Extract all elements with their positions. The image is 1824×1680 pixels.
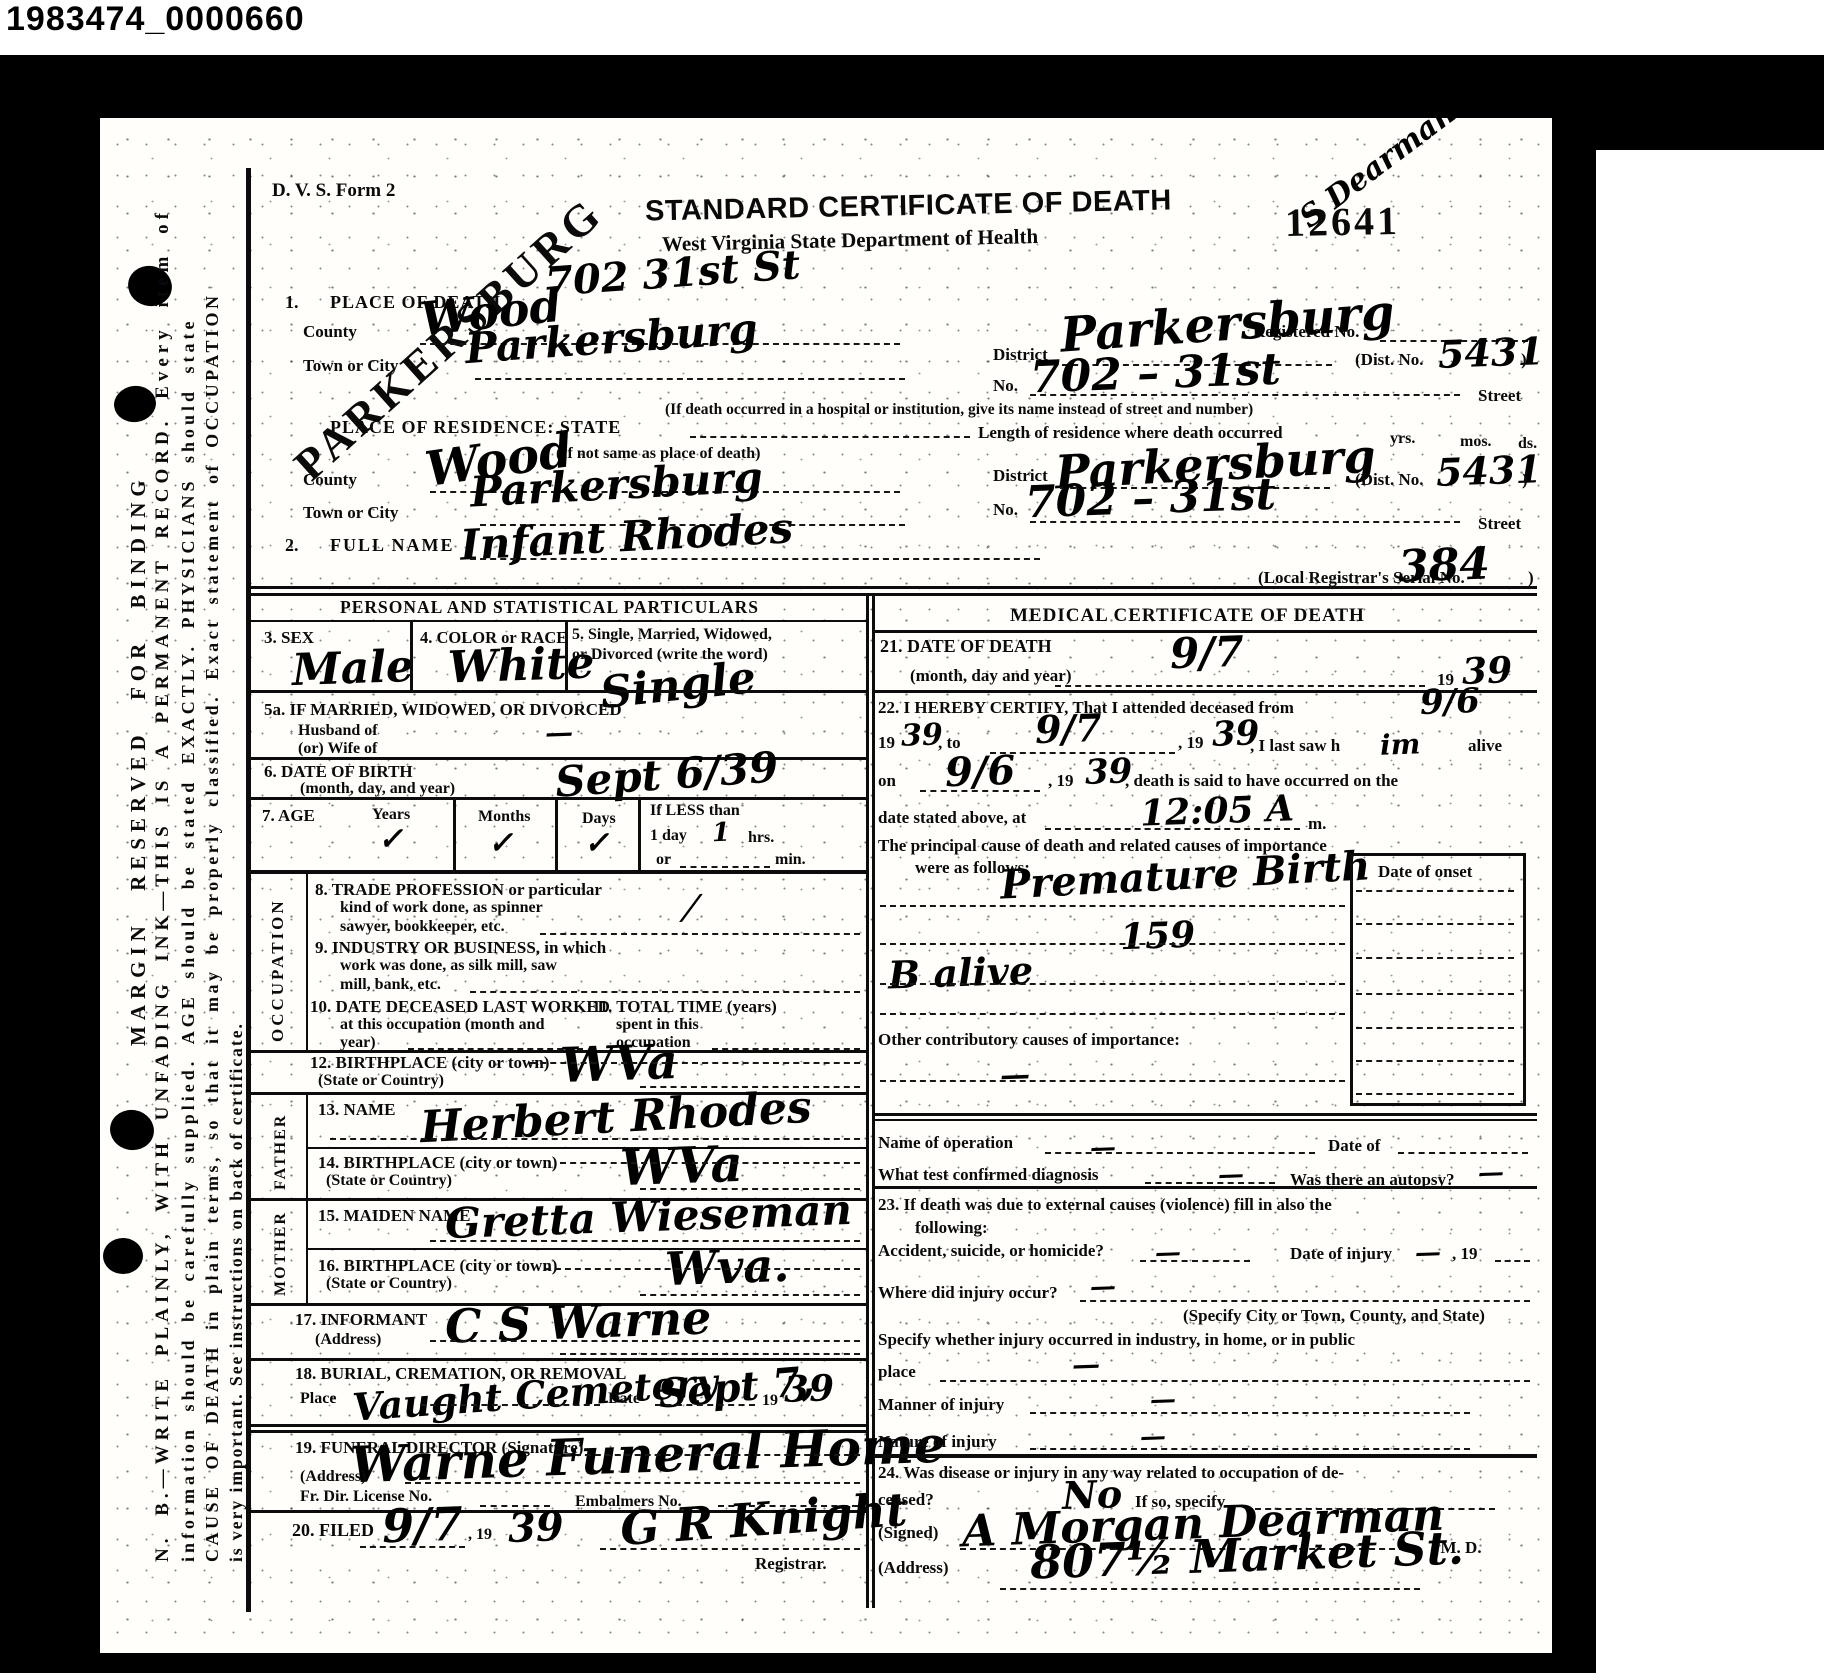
less-label-2: 1 day — [650, 827, 687, 845]
dotted-line — [430, 1240, 860, 1242]
certify-him-hw: im — [1379, 727, 1420, 761]
less-or-label: or — [656, 851, 671, 869]
medical-heading: MEDICAL CERTIFICATE OF DEATH — [1010, 605, 1365, 627]
dotted-line — [420, 1404, 600, 1406]
lastworked-label-2: at this occupation (month and — [340, 1016, 544, 1034]
dotted-line — [990, 752, 1175, 754]
rule — [250, 690, 866, 693]
age-label: 7. AGE — [262, 806, 315, 826]
certify-atstated: date stated above, at — [878, 808, 1026, 828]
s1-num: 1. — [285, 292, 299, 313]
certify-19c: , 19 — [1048, 771, 1074, 791]
rule — [250, 797, 866, 800]
cause2-hw: B alive — [887, 947, 1034, 997]
fullname-num: 2. — [285, 535, 299, 556]
s1-distno-label: (Dist. No. — [1355, 350, 1423, 370]
bp12-label-2: (State or Country) — [318, 1072, 444, 1090]
serial-hw: 384 — [1397, 538, 1491, 592]
dotted-line — [470, 991, 860, 993]
res-distno-paren: ) — [1522, 470, 1528, 490]
injury-yr-label: , 19 — [1452, 1244, 1478, 1264]
margin-note-info: information should be carefully supplied… — [178, 317, 199, 1562]
bp14-label-2: (State or Country) — [326, 1172, 452, 1190]
dod-sub: (month, day and year) — [910, 666, 1072, 686]
certify-19b: , 19 — [1178, 733, 1204, 753]
dotted-line — [880, 943, 1345, 945]
operation-label: Name of operation — [878, 1133, 1013, 1153]
certify-m-label: m. — [1308, 814, 1326, 834]
test-label: What test confirmed diagnosis — [878, 1165, 1099, 1185]
dob-sub: (month, day, and year) — [300, 780, 455, 798]
certify-on-hw: 9/6 — [944, 747, 1016, 796]
wife-label: (or) Wife of — [298, 740, 377, 758]
filed-label: 20. FILED — [292, 1520, 374, 1541]
onset-label: Date of onset — [1378, 862, 1472, 882]
rule — [874, 1119, 1537, 1121]
address-label: (Address) — [878, 1558, 949, 1578]
industry-label-3: mill, bank, etc. — [340, 976, 441, 994]
s1-hospital-note: (If death occurred in a hospital or inst… — [665, 401, 1253, 419]
s1-no-label: No. — [993, 376, 1018, 396]
trade-label-1: 8. TRADE PROFESSION or particular — [315, 880, 602, 900]
dotted-line — [1140, 1260, 1250, 1262]
s1-street-label: Street — [1478, 386, 1521, 406]
operation-date-label: Date of — [1328, 1136, 1380, 1156]
rule — [250, 870, 866, 874]
less-min-label: min. — [775, 851, 806, 869]
where-hw: — — [1089, 1272, 1116, 1303]
totaltime-label-2: spent in this — [616, 1016, 699, 1034]
s1-town-label: Town or City — [303, 356, 398, 376]
burial-yr19-label: 19 — [762, 1392, 778, 1410]
dotted-line — [540, 933, 860, 935]
res-yrs: yrs. — [1390, 430, 1415, 448]
burial-yr-hw: 39 — [783, 1367, 835, 1411]
bp16-label-2: (State or Country) — [326, 1275, 452, 1293]
age-months-hw: ✓ — [487, 826, 513, 862]
injury-date-hw: — — [1414, 1238, 1441, 1269]
dotted-line — [1030, 394, 1460, 396]
accident-hw: — — [1154, 1238, 1181, 1269]
manner-label: Manner of injury — [878, 1395, 1004, 1415]
personal-heading: PERSONAL AND STATISTICAL PARTICULARS — [340, 597, 759, 618]
cell-divider — [410, 620, 413, 690]
dotted-line — [430, 1340, 860, 1342]
dotted-line — [1030, 521, 1460, 523]
age-years-hw: ✓ — [377, 822, 403, 858]
registrar-label: Registrar. — [755, 1554, 827, 1574]
certify-lastsaw: , I last saw h — [1250, 736, 1340, 756]
lastworked-label-1: 10. DATE DECEASED LAST WORKED — [310, 997, 610, 1017]
dotted-line — [1045, 828, 1300, 830]
dotted-line — [530, 1062, 860, 1064]
age-months-label: Months — [478, 808, 530, 826]
marital-label-1: 5. Single, Married, Widowed, — [572, 626, 772, 644]
dotted-line — [475, 378, 905, 380]
certify-19a-hw: 39 — [900, 717, 943, 753]
filed-yr19-label: , 19 — [468, 1526, 492, 1544]
dotted-line — [1398, 1152, 1528, 1154]
dotted-line — [920, 790, 1040, 792]
dotted-line — [1145, 1182, 1275, 1184]
res-no-label: No. — [993, 500, 1018, 520]
dotted-line — [1356, 1093, 1514, 1095]
industry-label-1: 9. INDUSTRY OR BUSINESS, in which — [315, 938, 606, 958]
dotted-line — [1045, 1152, 1315, 1154]
cell-divider — [555, 797, 558, 870]
less-hrs-hw: 1 — [711, 818, 730, 849]
margin-note-cause: CAUSE OF DEATH in plain terms, so that i… — [202, 293, 223, 1562]
dotted-line — [560, 1162, 860, 1164]
dotted-line — [470, 558, 1040, 560]
fullname-label: FULL NAME — [330, 535, 455, 556]
cause-code-hw: 159 — [1119, 914, 1196, 959]
informant-addr-label: (Address) — [315, 1331, 381, 1349]
name13-label: 13. NAME — [318, 1100, 395, 1120]
manner-hw: — — [1149, 1385, 1176, 1416]
rule — [306, 1147, 866, 1149]
dotted-line — [560, 1353, 860, 1355]
dotted-line — [545, 1268, 860, 1270]
certificate-number: 12641 — [1285, 197, 1401, 246]
dotted-line — [1356, 1060, 1514, 1062]
industry-note-2: place — [878, 1362, 916, 1382]
dotted-line — [940, 1380, 1530, 1382]
totaltime-label-1: 11. TOTAL TIME (years) — [592, 997, 777, 1017]
sex-hw: Male — [291, 641, 415, 696]
occupation-side-label: OCCUPATION — [268, 898, 288, 1042]
certify-alive: alive — [1468, 736, 1502, 756]
bp16-hw: Wva. — [664, 1238, 790, 1296]
external-label-2: following: — [915, 1218, 988, 1238]
dotted-line — [1356, 993, 1514, 995]
accident-label: Accident, suicide, or homicide? — [878, 1241, 1104, 1261]
rule — [874, 1454, 1537, 1458]
dotted-line — [1030, 1448, 1470, 1450]
married-hw: — — [544, 716, 573, 750]
husband-label: Husband of — [298, 722, 378, 740]
filed-date-hw: 9/7 — [381, 1497, 464, 1554]
dotted-line — [1356, 1027, 1514, 1029]
dotted-line — [1356, 957, 1514, 959]
rule — [874, 1113, 1537, 1116]
dotted-line — [1030, 1412, 1470, 1414]
father-side-label: FATHER — [272, 1114, 290, 1190]
dotted-line — [880, 983, 1345, 985]
dotted-line — [330, 1138, 860, 1140]
dotted-line — [880, 1080, 1345, 1082]
signed-label: (Signed) — [878, 1523, 938, 1543]
dod-hw: 9/7 — [1169, 627, 1244, 679]
occupation24-label-2: ceased? — [878, 1490, 934, 1510]
operation-hw: — — [1089, 1133, 1116, 1164]
s1-distno-paren: ) — [1521, 350, 1527, 370]
scanned-death-certificate-page: 1983474_0000660 MARGIN RESERVED FOR BIND… — [0, 0, 1824, 1680]
res-no-hw: 702 – 31st — [1024, 469, 1276, 529]
form-number: D. V. S. Form 2 — [272, 180, 395, 202]
trade-label-2: kind of work done, as spinner — [340, 899, 543, 917]
s1-distno-hw: 5431 — [1437, 328, 1544, 377]
certify-on: on — [878, 771, 896, 791]
margin-note-nb: N. B.—WRITE PLAINLY, WITH UNFADING INK—T… — [152, 208, 174, 1562]
dotted-line — [360, 1546, 465, 1548]
hole-punch — [103, 1238, 143, 1274]
informant-label: 17. INFORMANT — [295, 1310, 427, 1330]
dotted-line — [880, 905, 1345, 907]
burial-date-label: Date — [608, 1390, 640, 1408]
informant-hw: C S Warne — [444, 1290, 712, 1353]
mother-side-label: MOTHER — [272, 1211, 290, 1296]
fd-address-label: (Address) — [300, 1468, 366, 1486]
age-days-hw: ✓ — [583, 826, 609, 862]
res-county-label: County — [303, 470, 357, 490]
cell-divider — [638, 797, 641, 870]
dotted-line — [1055, 685, 1425, 687]
burial-place-label: Place — [300, 1390, 336, 1408]
specify-note: (Specify City or Town, County, and State… — [1183, 1306, 1485, 1326]
serial-paren: ) — [1528, 568, 1534, 588]
certify-to-hw: 9/7 — [1034, 705, 1102, 752]
res-town-label: Town or City — [303, 503, 398, 523]
other-hw: — — [999, 1057, 1030, 1093]
form-left-border — [246, 168, 251, 1612]
injury-date-label: Date of injury — [1290, 1244, 1392, 1264]
dotted-line — [1000, 1588, 1420, 1590]
bp16-label-1: 16. BIRTHPLACE (city or town) — [318, 1256, 557, 1276]
cell-divider — [453, 797, 456, 870]
autopsy-hw: — — [1477, 1158, 1504, 1189]
bp14-label-1: 14. BIRTHPLACE (city or town) — [318, 1153, 557, 1173]
nature-label: Nature of injury — [878, 1432, 997, 1452]
dotted-line — [1495, 1260, 1530, 1262]
dotted-line — [880, 1013, 1345, 1015]
dotted-line — [690, 436, 970, 438]
trade-label-3: sawyer, bookkeeper, etc. — [340, 918, 505, 936]
less-hrs-label: hrs. — [748, 829, 774, 847]
dob-label: 6. DATE OF BIRTH — [264, 762, 413, 782]
margin-note-binding: MARGIN RESERVED FOR BINDING — [126, 474, 151, 1046]
s1-county-label: County — [303, 322, 357, 342]
rule — [250, 620, 866, 622]
place-hw: — — [1071, 1348, 1100, 1382]
rule — [250, 586, 1537, 589]
rule — [874, 1186, 1537, 1189]
dod-label: 21. DATE OF DEATH — [880, 636, 1052, 657]
dotted-line — [1080, 1300, 1530, 1302]
where-label: Where did injury occur? — [878, 1283, 1058, 1303]
cell-divider — [565, 620, 568, 690]
dotted-line — [405, 1482, 860, 1484]
scan-file-label: 1983474_0000660 — [6, 0, 305, 39]
dotted-line — [655, 1404, 755, 1406]
dotted-line — [555, 1454, 860, 1456]
res-distno-label: (Dist. No. — [1355, 470, 1423, 490]
bp12-label-1: 12. BIRTHPLACE (city or town) — [310, 1053, 549, 1073]
dotted-line — [680, 866, 770, 868]
external-label-1: 23. If death was due to external causes … — [878, 1195, 1332, 1215]
cell-divider — [306, 873, 308, 1050]
certify-19a: 19 — [878, 733, 895, 753]
dotted-line — [1356, 923, 1514, 925]
margin-note-important: is very important. See instructions on b… — [226, 1022, 247, 1562]
other-contributory-label: Other contributory causes of importance: — [878, 1030, 1180, 1050]
dotted-line — [600, 1548, 860, 1550]
industry-label-2: work was done, as silk mill, saw — [340, 957, 557, 975]
res-street-label: Street — [1478, 514, 1521, 534]
rule — [250, 593, 1537, 596]
dotted-line — [1356, 890, 1514, 892]
certify-from-hw: 9/6 — [1419, 681, 1480, 723]
industry-note-1: Specify whether injury occurred in indus… — [878, 1330, 1355, 1350]
filed-yr-hw: 39 — [507, 1503, 564, 1552]
